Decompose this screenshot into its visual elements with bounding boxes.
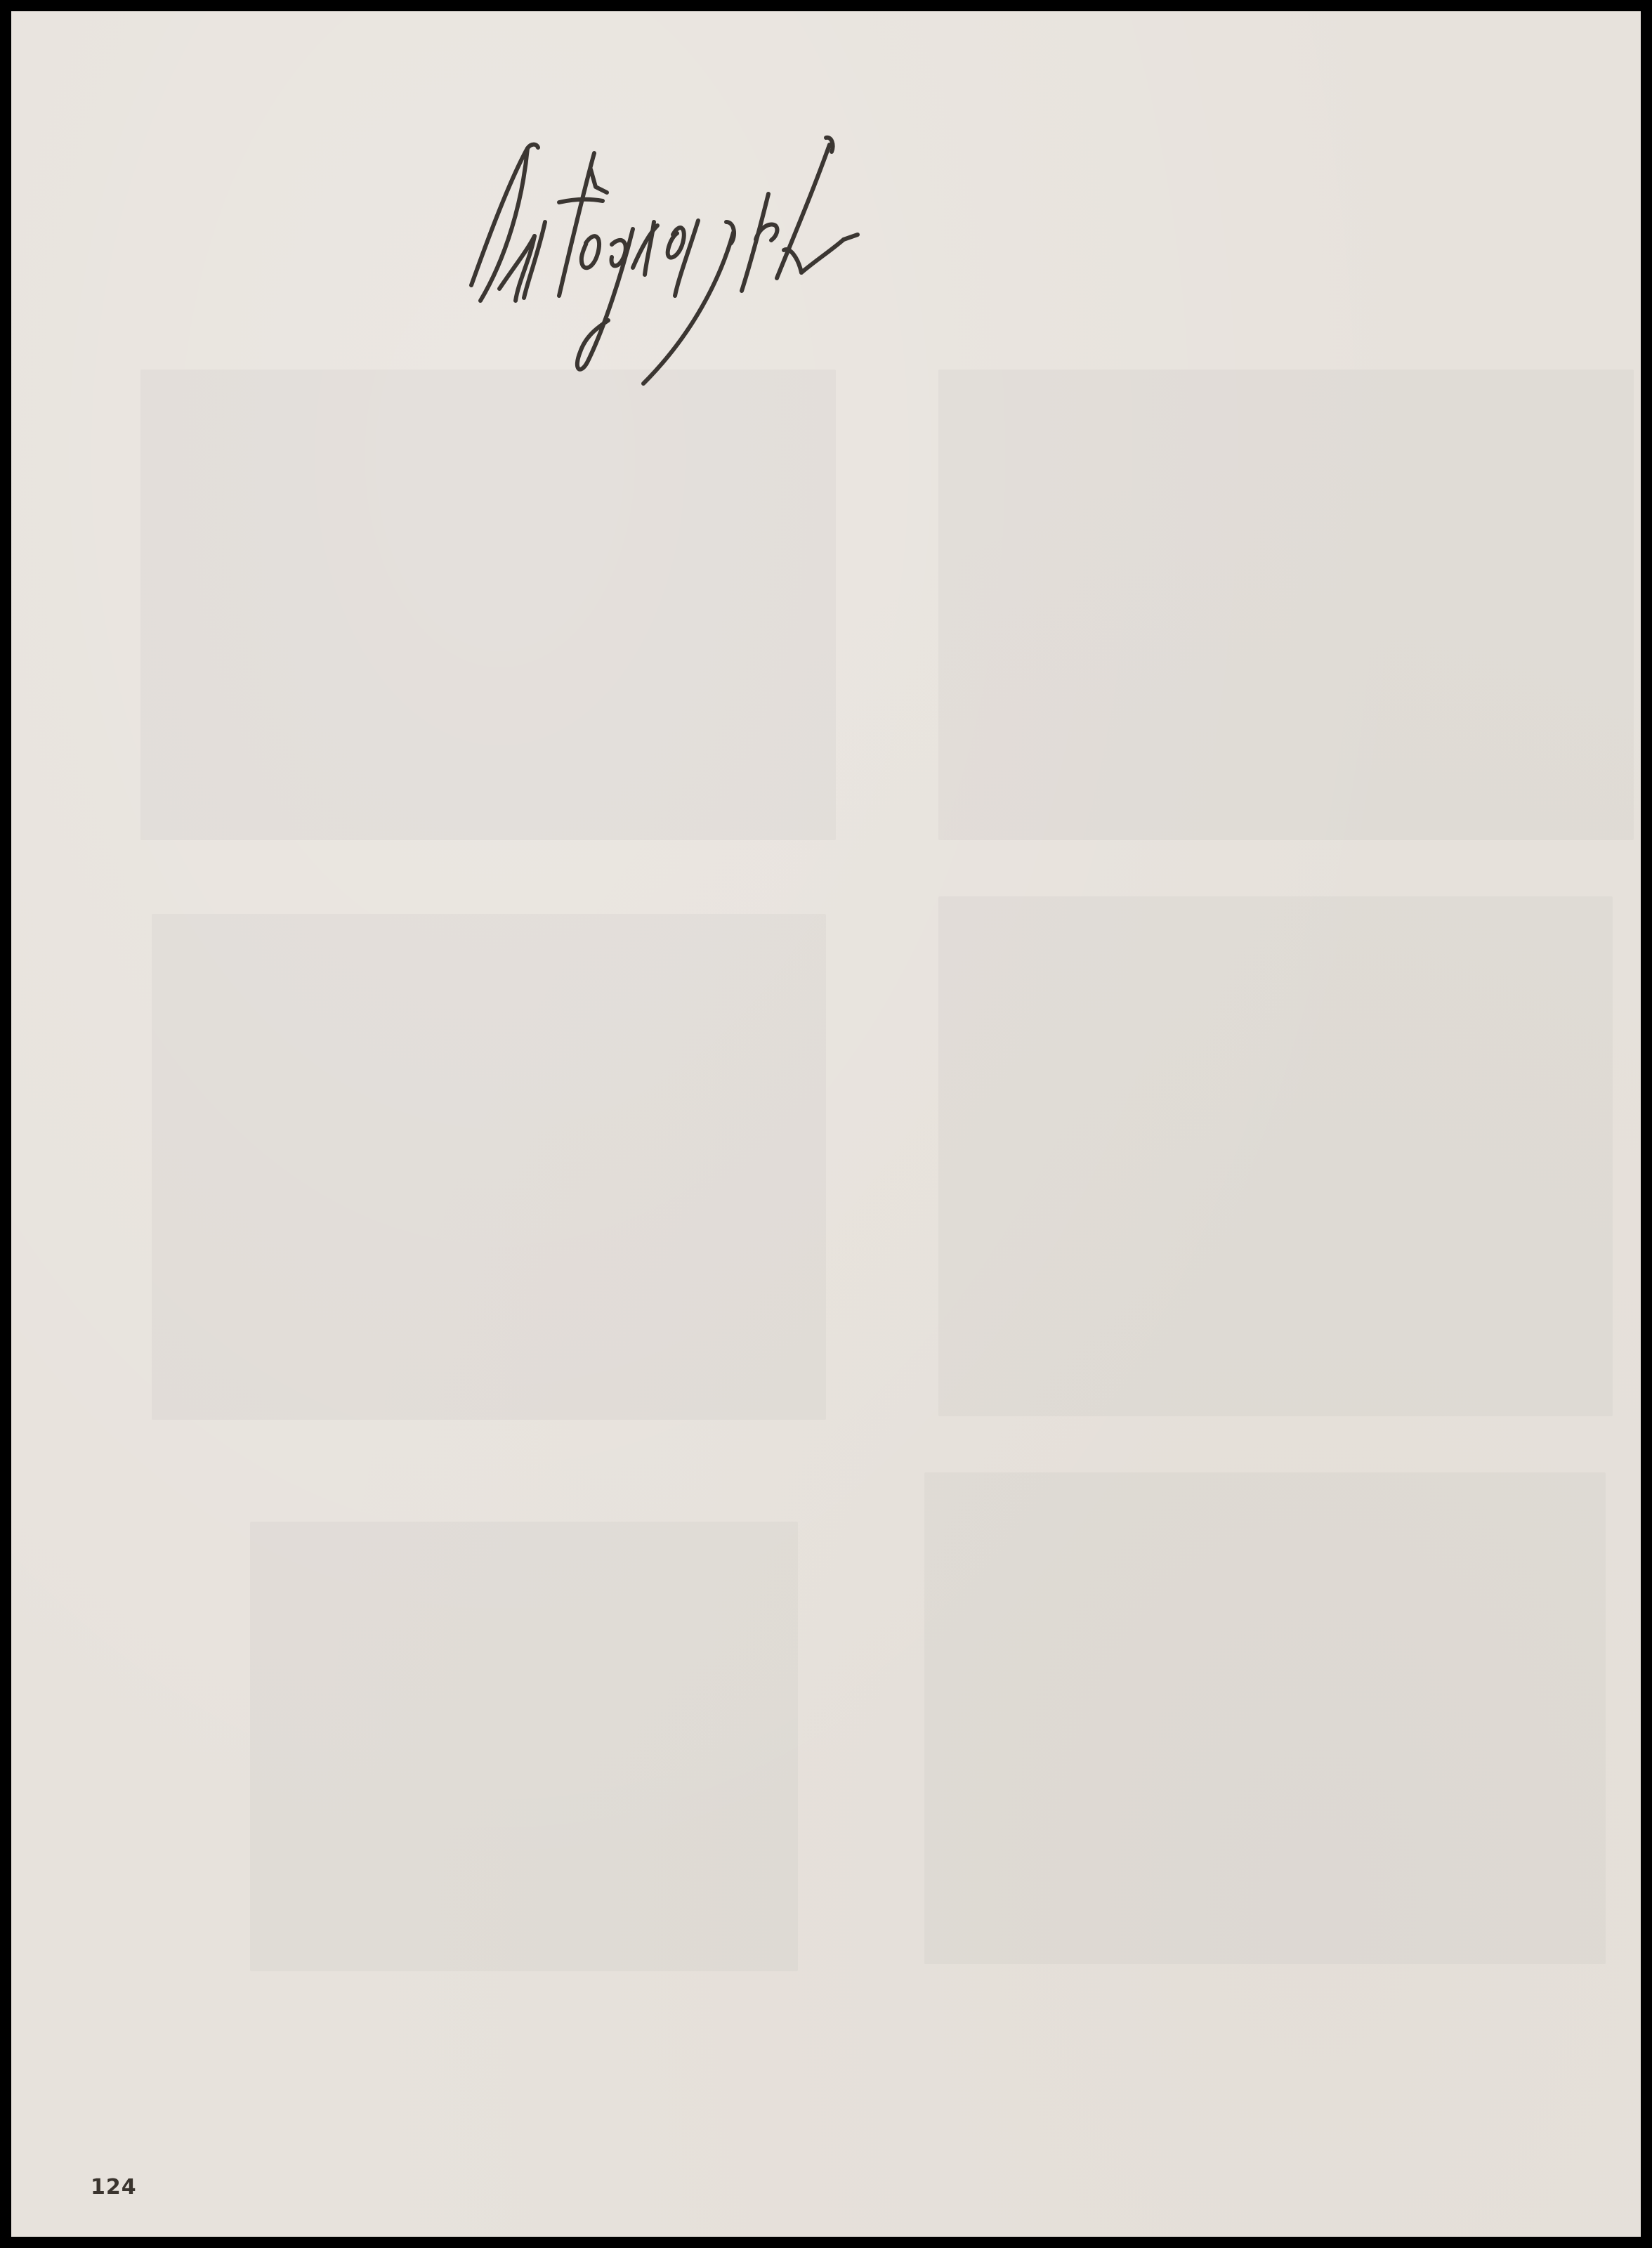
bleed-through-photo [924,1472,1606,1964]
handwritten-title-strokes [447,117,1325,412]
page-number: 124 [91,2175,137,2200]
page-title: Autographs [447,117,1325,412]
bleed-through-photo [140,370,836,840]
bleed-through-photo [938,896,1613,1416]
bleed-through-photo [152,914,826,1420]
bleed-through-photo [938,370,1634,840]
bleed-through-photo [250,1522,798,1971]
yearbook-page: Autographs [11,11,1641,2237]
